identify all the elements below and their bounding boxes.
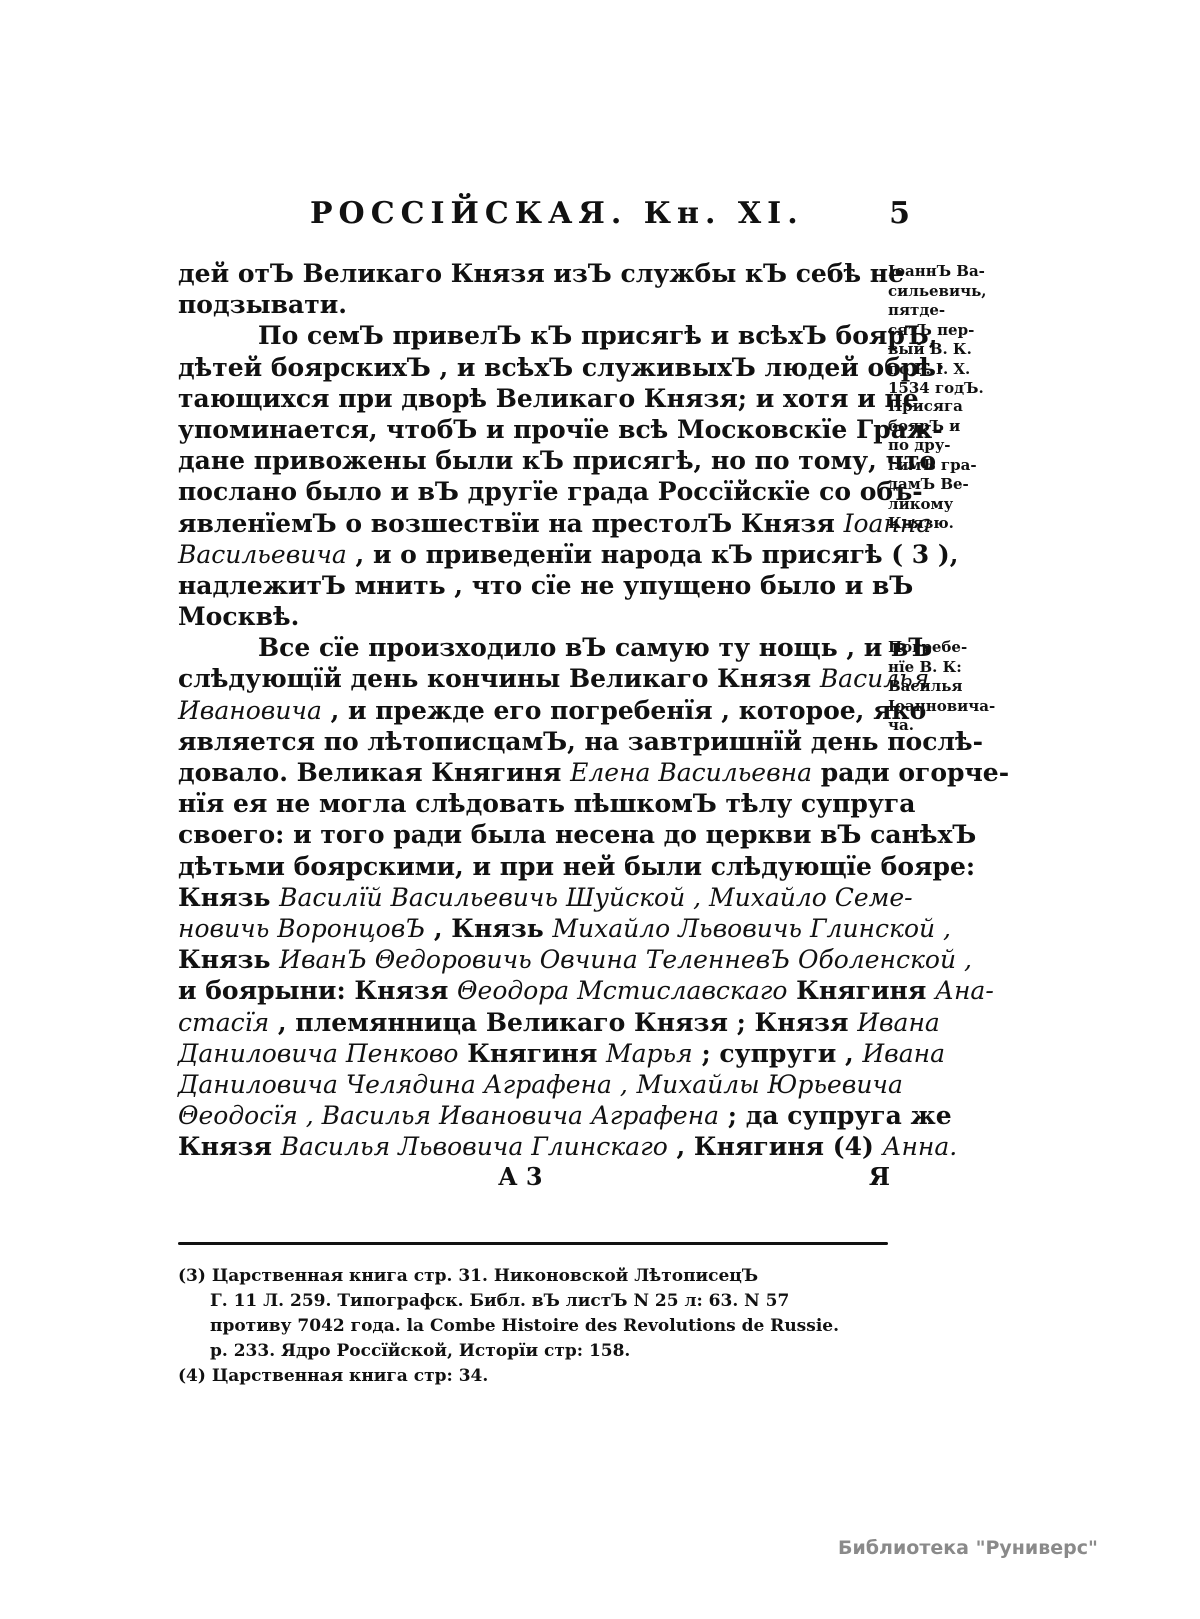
margin-note-line: Погребе- <box>888 638 998 658</box>
text-line: дей отЪ Великаго Князя изЪ службы кЪ себ… <box>178 258 890 289</box>
margin-note-3: Погребе-нїе В. К:ВасильяІоанновичa-ча. <box>888 638 998 736</box>
text-line: является по лѣтописцамЪ, на завтришнїй д… <box>178 726 890 757</box>
margin-note-line: пятде- <box>888 301 998 321</box>
margin-note-2: ПрисягабоярЪ ипо дру-гимЪ гра-дамЪ Ве-ли… <box>888 397 998 534</box>
footnote-line: (4) Царственная книга стр: 34. <box>178 1364 890 1389</box>
text-line: Москвѣ. <box>178 601 890 632</box>
footnotes: (3) Царственная книга стр. 31. Никоновск… <box>178 1264 890 1389</box>
text-line: Князя Василья Львовича Глинскаго , Княги… <box>178 1131 890 1162</box>
text-line: упоминается, чтобЪ и прочїе всѣ Московск… <box>178 414 890 445</box>
running-title: РОССІЙСКАЯ. Кн. XI. <box>310 196 804 231</box>
text-line: надлежитЪ мнить , что сїе не упущено был… <box>178 570 890 601</box>
text-line: и боярыни: Князя Θеодора Мстиславскаго К… <box>178 975 890 1006</box>
text-line: Даниловича Челядина Аграфена , Михайлы Ю… <box>178 1069 890 1100</box>
text-line: тающихся при дворѣ Великаго Князя; и хот… <box>178 383 890 414</box>
footnote-line: p. 233. Ядро Россїйской, Исторїи стр: 15… <box>178 1339 890 1364</box>
text-line: Все сїе произходило вЪ самую ту нощь , и… <box>178 632 890 663</box>
running-header: РОССІЙСКАЯ. Кн. XI. 5 <box>300 196 910 240</box>
margin-note-line: Присяга <box>888 397 998 417</box>
margin-note-line: сятЪ пер- <box>888 321 998 341</box>
margin-note-line: по Р. I. X. <box>888 360 998 380</box>
text-line: По семЪ привелЪ кЪ присягѣ и всѣхЪ боярЪ… <box>178 320 890 351</box>
margin-note-line: Князю. <box>888 514 998 534</box>
margin-note-line: Василья <box>888 677 998 697</box>
text-line: Ивановича , и прежде его погребенїя , ко… <box>178 695 890 726</box>
main-text: дей отЪ Великаго Князя изЪ службы кЪ себ… <box>178 258 890 1162</box>
margin-note-line: Іоанновичa- <box>888 697 998 717</box>
margin-note-line: нїе В. К: <box>888 658 998 678</box>
margin-note-line: вый В. К. <box>888 340 998 360</box>
text-line: Θеодосїя , Василья Ивановича Аграфена ; … <box>178 1100 890 1131</box>
text-line: дане привожены были кЪ присягѣ, но по то… <box>178 445 890 476</box>
catchword: Я <box>869 1162 890 1191</box>
signature-line: А 3 Я <box>178 1162 890 1196</box>
footnote-rule <box>178 1242 888 1245</box>
text-line: Васильевича , и о приведенїи народа кЪ п… <box>178 539 890 570</box>
page-number: 5 <box>889 196 910 231</box>
text-line: дѣтьми боярскими, и при ней были слѣдующ… <box>178 851 890 882</box>
footnote-line: противу 7042 года. la Combe Histoire des… <box>178 1314 890 1339</box>
footnote-line: Г. 11 Л. 259. Типографск. Библ. вЪ листЪ… <box>178 1289 890 1314</box>
text-line: довало. Великая Княгиня Елена Васильевна… <box>178 757 890 788</box>
margin-note-line: боярЪ и <box>888 417 998 437</box>
text-line: нїя ея не могла слѣдовать пѣшкомЪ тѣлу с… <box>178 788 890 819</box>
margin-note-1: ІоаннЪ Ва-сильевичь,пятде-сятЪ пер-вый В… <box>888 262 998 399</box>
text-line: своего: и того ради была несена до церкв… <box>178 819 890 850</box>
footnote-line: (3) Царственная книга стр. 31. Никоновск… <box>178 1264 890 1289</box>
text-line: Даниловича Пенково Княгиня Марья ; супру… <box>178 1038 890 1069</box>
text-line: стасїя , племянница Великаго Князя ; Кня… <box>178 1007 890 1038</box>
text-line: послано было и вЪ другїе града Россїйскї… <box>178 476 890 507</box>
margin-note-line: ІоаннЪ Ва- <box>888 262 998 282</box>
text-line: Князь ИванЪ Θедоровичь Овчина ТеленневЪ … <box>178 944 890 975</box>
margin-note-line: по дру- <box>888 436 998 456</box>
text-line: дѣтей боярскихЪ , и всѣхЪ служивыхЪ люде… <box>178 352 890 383</box>
text-line: новичь ВоронцовЪ , Князь Михайло Львович… <box>178 913 890 944</box>
margin-note-line: дамЪ Ве- <box>888 475 998 495</box>
text-line: Князь Василїй Васильевичь Шуйской , Миха… <box>178 882 890 913</box>
library-watermark: Библиотека "Руниверс" <box>838 1537 1098 1559</box>
text-line: слѣдующїй день кончины Великаго Князя Ва… <box>178 663 890 694</box>
text-line: подзывати. <box>178 289 890 320</box>
margin-note-line: 1534 годЪ. <box>888 379 998 399</box>
margin-note-line: гимЪ гра- <box>888 456 998 476</box>
margin-note-line: ликому <box>888 495 998 515</box>
margin-note-line: сильевичь, <box>888 282 998 302</box>
margin-note-line: ча. <box>888 716 998 736</box>
text-line: явленїемЪ о возшествїи на престолЪ Князя… <box>178 508 890 539</box>
signature-mark: А 3 <box>498 1162 543 1191</box>
